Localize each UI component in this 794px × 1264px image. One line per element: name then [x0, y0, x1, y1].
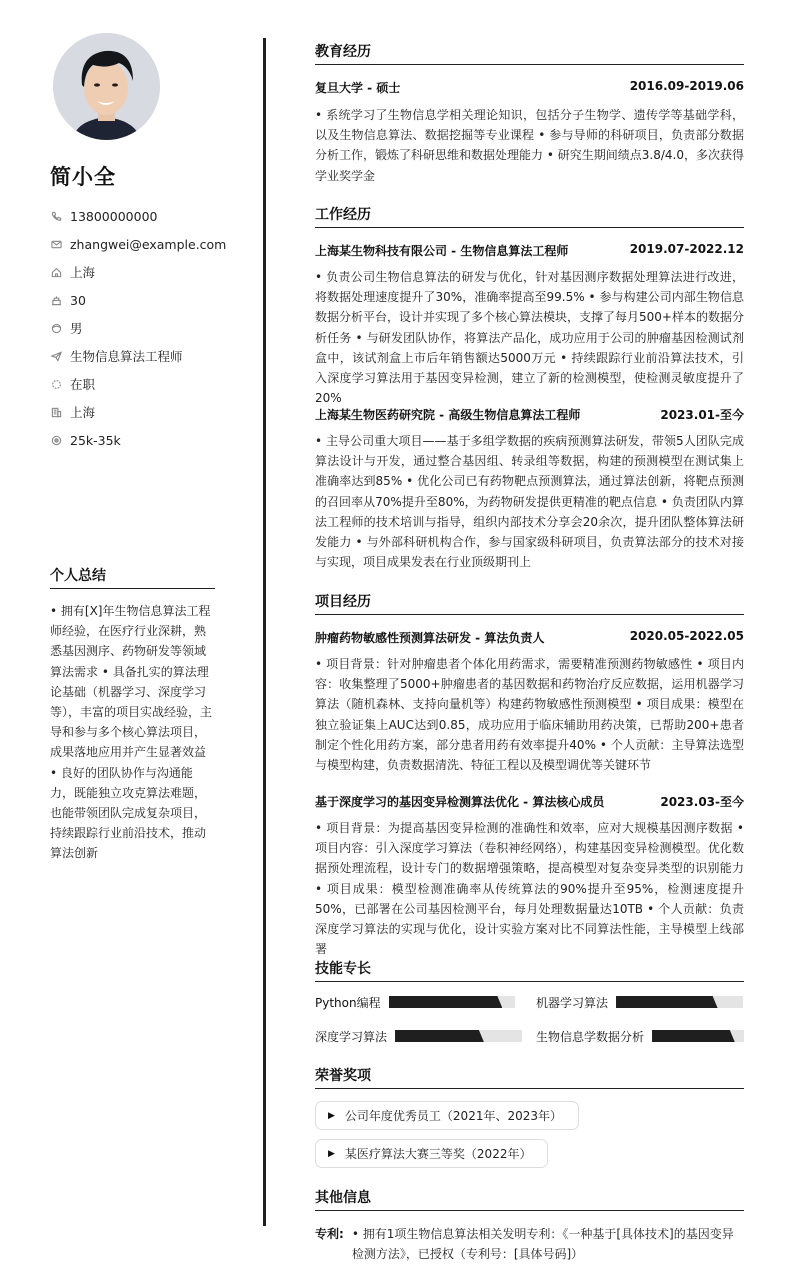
- project-description: • 项目背景：为提高基因变异检测的准确性和效率，应对大规模基因测序数据 • 项目…: [315, 818, 744, 959]
- education-section-title: 教育经历: [315, 41, 744, 65]
- skill-bar-fill: [652, 1030, 735, 1042]
- project-name-role: 基于深度学习的基因变异检测算法优化 - 算法核心成员: [315, 793, 604, 810]
- candidate-name: 简小全: [50, 161, 116, 191]
- info-age-text: 30: [70, 293, 86, 308]
- skill-item: 深度学习算法: [315, 1028, 522, 1044]
- skill-bar-track: [652, 1030, 744, 1042]
- work-description: • 主导公司重大项目——基于多组学数据的疾病预测算法研发，带领5人团队完成算法设…: [315, 431, 744, 572]
- other-info-key: 专利:: [315, 1224, 344, 1264]
- award-text: 公司年度优秀员工（2021年、2023年）: [345, 1107, 562, 1124]
- info-gender-text: 男: [70, 319, 83, 337]
- other-section-title: 其他信息: [315, 1187, 744, 1211]
- skill-bar-track: [389, 996, 515, 1008]
- home-icon: [50, 266, 62, 278]
- skill-item: 生物信息学数据分析: [536, 1028, 744, 1044]
- info-target-city: 上海: [50, 398, 226, 426]
- skills-section-title: 技能专长: [315, 958, 744, 982]
- project-name-role: 肿瘤药物敏感性预测算法研发 - 算法负责人: [315, 629, 544, 646]
- awards-section-title: 荣誉奖项: [315, 1065, 744, 1089]
- education-school-degree: 复旦大学 - 硕士: [315, 79, 400, 96]
- summary-section-title: 个人总结: [50, 565, 215, 589]
- info-target-city-text: 上海: [70, 403, 95, 421]
- skill-bar-fill: [389, 996, 503, 1008]
- work-company-title: 上海某生物医药研究院 - 高级生物信息算法工程师: [315, 406, 580, 423]
- info-age: 30: [50, 286, 226, 314]
- education-description: • 系统学习了生物信息学相关理论知识，包括分子生物学、遗传学等基础学科，以及生物…: [315, 105, 744, 186]
- project-description: • 项目背景：针对肿瘤患者个体化用药需求，需要精准预测药物敏感性 • 项目内容：…: [315, 654, 744, 775]
- avatar-photo: [53, 33, 160, 140]
- avatar: [53, 33, 160, 140]
- mail-icon: [50, 238, 62, 250]
- status-icon: [50, 378, 62, 390]
- info-gender: 男: [50, 314, 226, 342]
- work-entry-header: 上海某生物科技有限公司 - 生物信息算法工程师 2019.07-2022.12: [315, 242, 744, 259]
- skill-label: 深度学习算法: [315, 1028, 387, 1045]
- summary-text: • 拥有[X]年生物信息算法工程师经验，在医疗行业深耕，熟悉基因测序、药物研发等…: [50, 601, 216, 864]
- project-entry-header: 基于深度学习的基因变异检测算法优化 - 算法核心成员 2023.03-至今: [315, 793, 744, 810]
- project-entry-header: 肿瘤药物敏感性预测算法研发 - 算法负责人 2020.05-2022.05: [315, 629, 744, 646]
- skill-bar-fill: [395, 1030, 484, 1042]
- expand-triangle-icon: ▶: [328, 1149, 335, 1159]
- work-entry-header: 上海某生物医药研究院 - 高级生物信息算法工程师 2023.01-至今: [315, 406, 744, 423]
- contact-info-list: 13800000000 zhangwei@example.com 上海 30 男…: [50, 202, 226, 454]
- skill-bar-track: [395, 1030, 522, 1042]
- other-info-item: 专利: • 拥有1项生物信息算法相关发明专利：《一种基于[具体技术]的基因变异检…: [315, 1224, 744, 1264]
- gender-icon: [50, 322, 62, 334]
- building-icon: [50, 406, 62, 418]
- info-position: 生物信息算法工程师: [50, 342, 226, 370]
- info-salary-text: 25k-35k: [70, 433, 121, 448]
- info-salary: 25k-35k: [50, 426, 226, 454]
- info-position-text: 生物信息算法工程师: [70, 347, 183, 365]
- work-date: 2019.07-2022.12: [630, 242, 744, 259]
- work-date: 2023.01-至今: [660, 406, 744, 423]
- other-info-value: • 拥有1项生物信息算法相关发明专利：《一种基于[具体技术]的基因变异检测方法》…: [352, 1224, 744, 1264]
- info-status-text: 在职: [70, 375, 95, 393]
- education-date: 2016.09-2019.06: [630, 79, 744, 96]
- skill-bar-fill: [616, 996, 718, 1008]
- award-text: 某医疗算法大赛三等奖（2022年）: [345, 1145, 532, 1162]
- info-location-text: 上海: [70, 263, 95, 281]
- info-email-text: zhangwei@example.com: [70, 237, 226, 252]
- send-icon: [50, 350, 62, 362]
- award-item[interactable]: ▶ 某医疗算法大赛三等奖（2022年）: [315, 1139, 548, 1168]
- project-date: 2023.03-至今: [660, 793, 744, 810]
- education-entry-header: 复旦大学 - 硕士 2016.09-2019.06: [315, 79, 744, 96]
- column-divider: [263, 38, 266, 1226]
- work-section-title: 工作经历: [315, 204, 744, 228]
- award-item[interactable]: ▶ 公司年度优秀员工（2021年、2023年）: [315, 1101, 579, 1130]
- expand-triangle-icon: ▶: [328, 1111, 335, 1121]
- work-description: • 负责公司生物信息算法的研发与优化，针对基因测序数据处理算法进行改进，将数据处…: [315, 267, 744, 408]
- work-company-title: 上海某生物科技有限公司 - 生物信息算法工程师: [315, 242, 568, 259]
- info-location: 上海: [50, 258, 226, 286]
- skill-item: 机器学习算法: [536, 994, 744, 1010]
- info-status: 在职: [50, 370, 226, 398]
- projects-section-title: 项目经历: [315, 591, 744, 615]
- skill-bar-track: [616, 996, 743, 1008]
- info-email: zhangwei@example.com: [50, 230, 226, 258]
- skill-label: 生物信息学数据分析: [536, 1028, 644, 1045]
- project-date: 2020.05-2022.05: [630, 629, 744, 646]
- cake-icon: [50, 294, 62, 306]
- skill-label: 机器学习算法: [536, 994, 608, 1011]
- salary-icon: [50, 434, 62, 446]
- info-phone-text: 13800000000: [70, 209, 157, 224]
- info-phone: 13800000000: [50, 202, 226, 230]
- skill-label: Python编程: [315, 994, 381, 1011]
- phone-icon: [50, 210, 62, 222]
- skill-item: Python编程: [315, 994, 515, 1010]
